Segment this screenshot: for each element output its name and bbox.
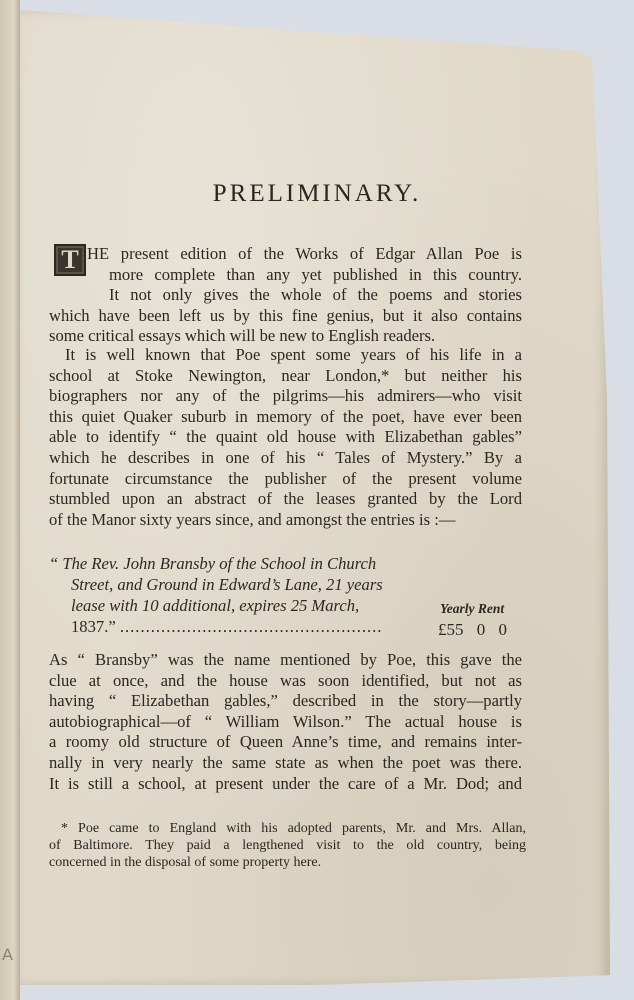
text-line: a roomy old structure of Queen Anne’s ti… [49, 732, 522, 753]
yearly-rent-value: £55 0 0 [438, 620, 507, 640]
adjacent-page-edge [0, 0, 20, 1000]
text-line: As “ Bransby” was the name mentioned by … [49, 650, 522, 671]
pencil-mark: A [2, 945, 13, 964]
quote-line: “ The Rev. John Bransby of the School in… [49, 553, 524, 574]
text-line: more complete than any yet published in … [49, 265, 522, 286]
text-line: able to identify “ the quaint old house … [49, 427, 522, 448]
footnote-line: * Poe came to England with his adopted p… [49, 820, 526, 837]
text-line: having “ Elizabethan gables,” described … [49, 691, 522, 712]
text-line: which he describes in one of his “ Tales… [49, 448, 522, 469]
text-line: of the Manor sixty years since, and amon… [49, 510, 522, 531]
text-line: which have been left us by this fine gen… [49, 306, 522, 327]
text-line: HE present edition of the Works of Edgar… [49, 244, 522, 265]
text-line: It is still a school, at present under t… [49, 774, 522, 795]
footnote-line: of Baltimore. They paid a lengthened vis… [49, 837, 526, 854]
quote-year: 1837.” [71, 617, 116, 636]
text-line: stumbled upon an abstract of the leases … [49, 489, 522, 510]
footnote-line: concerned in the disposal of some proper… [49, 854, 526, 871]
text-line: this quiet Quaker suburb in memory of th… [49, 407, 522, 428]
page-title: PRELIMINARY. [0, 180, 634, 208]
yearly-rent-label: Yearly Rent [440, 601, 504, 617]
text-line: It not only gives the whole of the poems… [49, 285, 522, 306]
text-line: fortunate circumstance the publisher of … [49, 469, 522, 490]
footnote: * Poe came to England with his adopted p… [49, 820, 526, 871]
text-line: nally in very nearly the same state as w… [49, 753, 522, 774]
paragraph-3: As “ Bransby” was the name mentioned by … [49, 650, 522, 794]
paragraph-2: It is well known that Poe spent some yea… [49, 345, 522, 530]
text-line: It is well known that Poe spent some yea… [49, 345, 522, 366]
text-line: autobiographical—of “ William Wilson.” T… [49, 712, 522, 733]
text-line: biographers nor any of the pilgrims—his … [49, 386, 522, 407]
quote-line: Street, and Ground in Edward’s Lane, 21 … [49, 574, 524, 595]
paragraph-1: HE present edition of the Works of Edgar… [49, 244, 522, 347]
text-line: clue at once, and the house was soon ide… [49, 671, 522, 692]
text-line: school at Stoke Newington, near London,*… [49, 366, 522, 387]
text-line: some critical essays which will be new t… [49, 326, 522, 347]
dot-leader: ........................................… [120, 617, 383, 636]
